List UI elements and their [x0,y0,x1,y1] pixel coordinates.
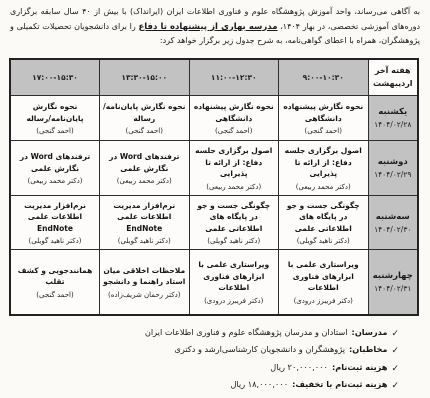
day-date: ۱۴۰۴/۰۲/۳۱ [372,284,415,293]
footer-label: مدرسان: [352,324,388,341]
session-instructor: (احمد گنجی) [103,127,186,135]
session-title: نرم‌افزار مدیریت اطلاعات علمی EndNote [14,200,96,235]
day-name: یکشنبه [372,107,415,117]
session-title: نحوه نگارش پایان‌نامه/رساله [103,101,186,124]
intro-highlight-title: مدرسه بهاری از پیشنهاده تا دفاع [138,22,277,32]
session-title: ملاحظات اخلاقی میان استاد راهنما و دانشج… [103,265,186,288]
session-cell: نرم‌افزار مدیریت اطلاعات علمی EndNote (د… [10,196,100,250]
day-name: چهارشنبه [372,271,415,281]
footer-item-fee: ✓ هزینه ثبت‌نام: ۲۰,۰۰۰,۰۰۰ ریال [9,359,399,377]
session-cell: نحوه نگارش پیشنهاده دانشگاهی (احمد گنجی) [189,96,279,141]
session-instructor: (دکتر فریبرز درودی) [282,297,365,305]
footer-text: ۲۰,۰۰۰,۰۰۰ ریال [270,359,328,376]
session-instructor: (دکتر ناهید گویلی) [282,237,365,245]
session-title: چگونگی جست و جو در پایگاه های اطلاعاتی ع… [282,200,365,235]
session-cell: نحوه نگارش پایان‌نامه/رساله (احمد گنجی) [100,96,190,141]
session-cell: نرم‌افزار مدیریت اطلاعات علمی EndNote (د… [100,196,190,250]
session-instructor: (دکتر ناهید گویلی) [14,237,96,245]
day-date: ۱۴۰۴/۰۲/۲۸ [372,120,415,129]
session-instructor: (دکتر ناهید گویلی) [193,237,276,245]
day-cell-tuesday: سه‌شنبه ۱۴۰۴/۰۲/۳۰ [368,196,418,250]
day-cell-wednesday: چهارشنبه ۱۴۰۴/۰۲/۳۱ [368,250,418,315]
session-title: نحوه نگارش پایان‌نامه/رساله [14,101,96,124]
session-instructor: (دکتر محمد ربیعی) [193,183,276,191]
footer-checklist: ✓ مدرسان: استادان و مدرسان پژوهشگاه علوم… [9,324,399,394]
session-instructor: (احمد گنجی) [14,127,96,135]
time-header-0900: ۹:۰۰-۱۰:۳۰ [279,59,369,96]
session-cell: ملاحظات اخلاقی میان استاد راهنما و دانشج… [100,250,190,315]
table-row-wednesday: چهارشنبه ۱۴۰۴/۰۲/۳۱ ویراستاری علمی با اب… [10,250,418,315]
session-cell: ویراستاری علمی با ابزارهای فناوری اطلاعا… [189,250,279,315]
day-name: سه‌شنبه [372,212,415,222]
session-cell: اصول برگزاری جلسه دفاع: از ارائه تا پذیر… [189,141,279,196]
time-header-1100: ۱۱:۰۰-۱۲:۳۰ [189,59,279,96]
session-title: اصول برگزاری جلسه دفاع: از ارائه تا پذیر… [193,145,276,180]
document-page: به آگاهی می‌رساند، واحد آموزش پژوهشگاه ع… [0,0,430,394]
footer-text: پژوهشگران و دانشجویان کارشناسی‌ارشد و دک… [174,341,345,358]
day-date: ۱۴۰۴/۰۲/۳۰ [372,225,415,234]
session-instructor: (دکتر ناهید گویلی) [103,237,186,245]
session-cell: همانندجویی و کشف تقلب (احمد گنجی) [10,250,100,315]
footer-item-discount-fee: ✓ هزینه ثبت‌نام با تخفیف: ۱۸,۰۰۰,۰۰۰ ریا… [9,376,399,394]
session-title: ترفندهای Word در نگارش علمی [103,151,186,174]
session-title: نرم‌افزار مدیریت اطلاعات علمی EndNote [103,200,186,235]
session-instructor: (احمد گنجی) [282,127,365,135]
checkmark-icon: ✓ [391,361,399,378]
table-row-tuesday: سه‌شنبه ۱۴۰۴/۰۲/۳۰ چگونگی جست و جو در پا… [10,196,418,250]
session-title: ویراستاری علمی با ابزارهای فناوری اطلاعا… [282,259,365,294]
schedule-table: هفته آخر اردیبهشت ۹:۰۰-۱۰:۳۰ ۱۱:۰۰-۱۲:۳۰… [9,58,419,316]
session-title: نحوه نگارش پیشنهاده دانشگاهی [193,101,276,124]
session-title: نحوه نگارش پیشنهاده دانشگاهی [282,101,365,124]
footer-label: مخاطبان: [349,341,387,358]
time-range-label: ۱۷:۰۰-۱۵:۳۰ [32,73,78,82]
table-row-sunday: یکشنبه ۱۴۰۴/۰۲/۲۸ نحوه نگارش پیشنهاده دا… [10,96,418,141]
footer-text: استادان و مدرسان پژوهشگاه علوم و فناوری … [145,324,348,341]
session-instructor: (دکتر محمد ربیعی) [282,183,365,191]
session-instructor: (احمد گنجی) [14,291,96,299]
session-instructor: (دکتر محمد ربیعی) [14,177,96,185]
table-row-monday: دوشنبه ۱۴۰۴/۰۲/۲۹ اصول برگزاری جلسه دفاع… [10,141,418,196]
time-header-1530: ۱۷:۰۰-۱۵:۳۰ [10,59,100,96]
session-cell: ویراستاری علمی با ابزارهای فناوری اطلاعا… [279,250,369,315]
session-cell: نحوه نگارش پایان‌نامه/رساله (احمد گنجی) [10,96,100,141]
table-header-row: هفته آخر اردیبهشت ۹:۰۰-۱۰:۳۰ ۱۱:۰۰-۱۲:۳۰… [10,59,418,96]
session-cell: نحوه نگارش پیشنهاده دانشگاهی (احمد گنجی) [279,96,369,141]
time-range-label: ۹:۰۰-۱۰:۳۰ [303,73,344,82]
session-instructor: (احمد گنجی) [193,127,276,135]
session-cell: ترفندهای Word در نگارش علمی (دکتر محمد ر… [10,141,100,196]
day-cell-sunday: یکشنبه ۱۴۰۴/۰۲/۲۸ [368,96,418,141]
footer-label: هزینه ثبت‌نام: [332,359,388,376]
footer-label: هزینه ثبت‌نام با تخفیف: [292,376,387,393]
session-cell: چگونگی جست و جو در پایگاه های اطلاعاتی ع… [279,196,369,250]
day-cell-monday: دوشنبه ۱۴۰۴/۰۲/۲۹ [368,141,418,196]
time-header-1330: ۱۳:۳۰-۱۵:۰۰ [100,59,190,96]
time-range-label: ۱۱:۰۰-۱۲:۳۰ [211,73,257,82]
session-instructor: (دکتر رحمان شریف‌زاده) [103,291,186,299]
session-title: ویراستاری علمی با ابزارهای فناوری اطلاعا… [193,259,276,294]
corner-header-cell: هفته آخر اردیبهشت [368,59,418,96]
session-title: ترفندهای Word در نگارش علمی [14,151,96,174]
day-date: ۱۴۰۴/۰۲/۲۹ [372,170,415,179]
session-cell: ترفندهای Word در نگارش علمی (دکتر محمد ر… [100,141,190,196]
footer-item-instructors: ✓ مدرسان: استادان و مدرسان پژوهشگاه علوم… [9,324,399,342]
session-cell: چگونگی جست و جو در پایگاه های اطلاعاتی ع… [189,196,279,250]
session-instructor: (دکتر فریبرز درودی) [193,297,276,305]
checkmark-icon: ✓ [391,378,399,395]
session-title: اصول برگزاری جلسه دفاع: از ارائه تا پذیر… [282,145,365,180]
checkmark-icon: ✓ [391,326,399,343]
checkmark-icon: ✓ [391,343,399,360]
session-instructor: (دکتر محمد ربیعی) [103,177,186,185]
footer-text: ۱۸,۰۰۰,۰۰۰ ریال [230,376,288,393]
day-name: دوشنبه [372,157,415,167]
intro-paragraph: به آگاهی می‌رساند، واحد آموزش پژوهشگاه ع… [10,5,420,49]
session-title: چگونگی جست و جو در پایگاه های اطلاعاتی ع… [193,200,276,235]
footer-item-audience: ✓ مخاطبان: پژوهشگران و دانشجویان کارشناس… [9,341,399,359]
session-title: همانندجویی و کشف تقلب [14,265,96,288]
time-range-label: ۱۳:۳۰-۱۵:۰۰ [121,73,167,82]
session-cell: اصول برگزاری جلسه دفاع: از ارائه تا پذیر… [279,141,369,196]
